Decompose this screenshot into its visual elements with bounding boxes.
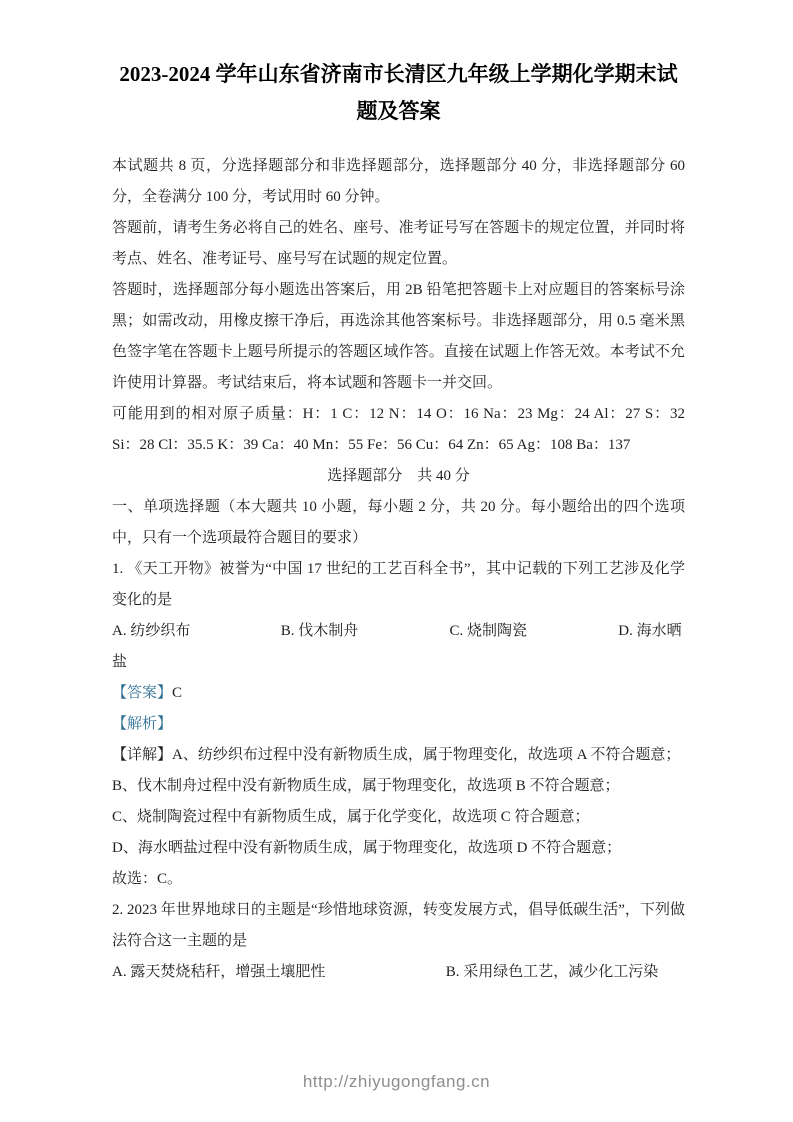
detail-paragraph: D、海水晒盐过程中没有新物质生成，属于物理变化，故选项 D 不符合题意； <box>112 833 685 864</box>
footer-url: http://zhiyugongfang.cn <box>0 1072 793 1092</box>
option-a: A. 纺纱织布 <box>112 616 277 647</box>
detail-paragraph: B、伐木制舟过程中没有新物质生成，属于物理变化，故选项 B 不符合题意； <box>112 771 685 802</box>
conclusion-line: 故选：C。 <box>112 864 685 895</box>
analysis-line: 【解析】 <box>112 709 685 740</box>
section-score-heading: 选择题部分 共 40 分 <box>112 461 685 492</box>
answer-sheet-instructions: 答题前，请考生务必将自己的姓名、座号、准考证号写在答题卡的规定位置，并同时将考点… <box>112 213 685 275</box>
answer-line: 【答案】C <box>112 678 685 709</box>
option-b: B. 采用绿色工艺，减少化工污染 <box>446 964 659 980</box>
question-2-options: A. 露天焚烧秸秆，增强土壤肥性 B. 采用绿色工艺，减少化工污染 <box>112 957 685 988</box>
question-1-text: 1. 《天工开物》被誉为“中国 17 世纪的工艺百科全书”，其中记载的下列工艺涉… <box>112 554 685 616</box>
document-page: 2023-2024 学年山东省济南市长清区九年级上学期化学期末试题及答案 本试题… <box>0 0 793 1122</box>
option-c: C. 烧制陶瓷 <box>450 616 615 647</box>
analysis-label: 【解析】 <box>112 716 172 732</box>
option-b: B. 伐木制舟 <box>281 616 446 647</box>
detail-paragraph: 【详解】A、纺纱织布过程中没有新物质生成，属于物理变化，故选项 A 不符合题意； <box>112 740 685 771</box>
exam-info-paragraph: 本试题共 8 页，分选择题部分和非选择题部分，选择题部分 40 分，非选择题部分… <box>112 151 685 213</box>
answer-value: C <box>172 685 182 701</box>
detail-paragraph: C、烧制陶瓷过程中有新物质生成，属于化学变化，故选项 C 符合题意； <box>112 802 685 833</box>
question-1-options: A. 纺纱织布 B. 伐木制舟 C. 烧制陶瓷 D. 海水晒盐 <box>112 616 685 678</box>
question-2-text: 2. 2023 年世界地球日的主题是“珍惜地球资源，转变发展方式，倡导低碳生活”… <box>112 895 685 957</box>
document-content: 2023-2024 学年山东省济南市长清区九年级上学期化学期末试题及答案 本试题… <box>0 0 793 988</box>
section-one-instructions: 一、单项选择题（本大题共 10 小题，每小题 2 分，共 20 分。每小题给出的… <box>112 492 685 554</box>
page-title: 2023-2024 学年山东省济南市长清区九年级上学期化学期末试题及答案 <box>112 56 685 130</box>
answer-label: 【答案】 <box>112 685 172 701</box>
answering-rules-paragraph: 答题时，选择题部分每小题选出答案后，用 2B 铅笔把答题卡上对应题目的答案标号涂… <box>112 275 685 399</box>
atomic-mass-reference: 可能用到的相对原子质量：H：1 C：12 N：14 O：16 Na：23 Mg：… <box>112 399 685 461</box>
option-a: A. 露天焚烧秸秆，增强土壤肥性 <box>112 957 442 988</box>
